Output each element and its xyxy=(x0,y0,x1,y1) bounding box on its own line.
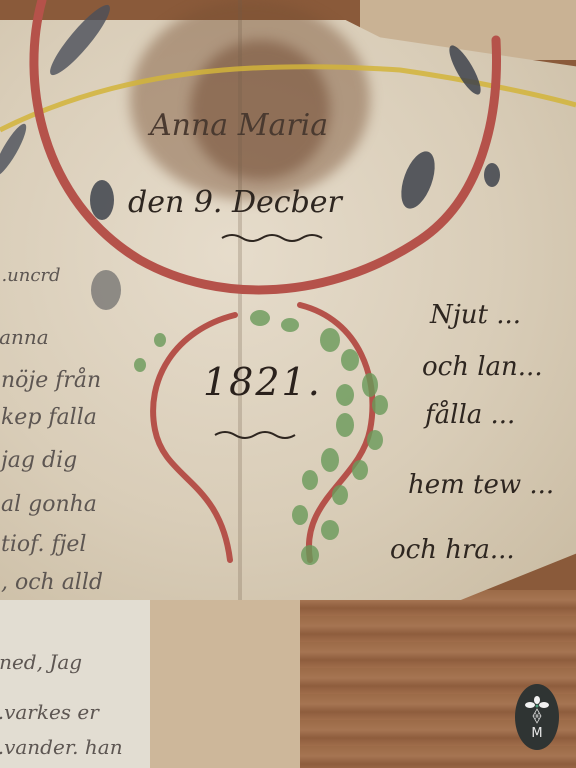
right-line-5: och hra... xyxy=(390,535,515,565)
lower-left-line-1: ...ned, Jag xyxy=(0,650,82,674)
right-line-3: fålla ... xyxy=(425,400,515,430)
watermark-logo: M xyxy=(515,684,559,750)
photo-scene: Anna Maria den 9. Decber 1821. ...uncrd … xyxy=(0,0,576,768)
left-line-6: ...al gonha xyxy=(0,492,97,517)
left-line-8: ..., och alld xyxy=(0,570,103,595)
left-line-5: ...jag dig xyxy=(0,448,77,473)
lower-left-line-2: ...varkes er xyxy=(0,700,99,724)
left-line-1: ...uncrd xyxy=(0,265,61,286)
flower-diamond-logo-icon xyxy=(524,695,550,725)
right-line-1: Njut ... xyxy=(430,300,521,330)
right-line-2: och lan... xyxy=(422,352,543,382)
watermark-letter: M xyxy=(531,727,542,740)
lower-left-line-3: ...vander. han xyxy=(0,735,123,759)
date-line: den 9. Decber xyxy=(128,185,342,220)
left-line-4: ...kep falla xyxy=(0,405,97,430)
left-line-3: ...nöje från xyxy=(0,368,101,393)
right-line-4: hem tew ... xyxy=(408,470,554,500)
name-line: Anna Maria xyxy=(150,108,328,143)
year-text: 1821. xyxy=(203,360,322,404)
left-line-7: ...tiof. fjel xyxy=(0,532,86,557)
left-line-2: ...anna xyxy=(0,325,49,349)
